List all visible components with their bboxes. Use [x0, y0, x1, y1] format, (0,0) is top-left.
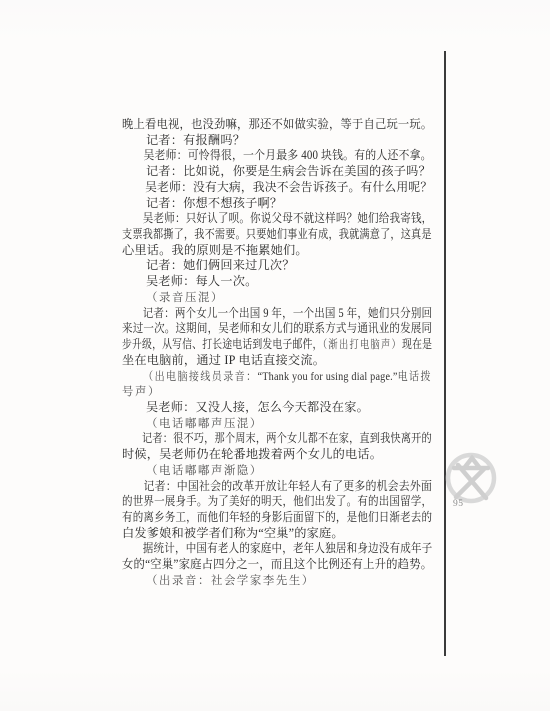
text-column: 晚上看电视，也没劲嘛，那还不如做实验，等于自己玩一玩。记者：有报酬吗？吴老师：可…: [122, 117, 432, 589]
page-margin-rule: [444, 51, 446, 656]
body-text: 记者：她们俩回来过几次？: [146, 258, 295, 272]
body-text: 记者：两个女儿一个出国 9 年，一个出国 5 年，她们只分别回: [143, 306, 433, 320]
text-line: （录音压混）: [122, 290, 432, 306]
body-text: 吴老师：又没人接，怎么今天都没在家。: [146, 400, 369, 414]
body-text: 步升级，从写信、打长途电话到发电子邮件，: [122, 337, 323, 351]
body-text: 据统计，中国有老人的家庭中，老年人独居和身边没有成年子: [143, 541, 433, 555]
body-text: 心里话。我的原则是不拖累她们。: [122, 243, 308, 257]
text-line: 据统计，中国有老人的家庭中，老年人独居和身边没有成年子: [122, 541, 390, 557]
text-line: 吴老师：可怜得很，一个月最多 400 块钱。有的人还不拿。: [122, 148, 399, 164]
body-text: 的世界一展身手。为了美好的明天，他们出发了。有的出国留学，: [122, 494, 432, 508]
body-text: 记者：中国社会的改革开放让年轻人有了更多的机会去外面: [144, 479, 433, 493]
body-text: 记者：你想不想孩子啊？: [146, 196, 282, 210]
body-text: 支票我都撕了，我不需要。只要她们事业有成，我就满意了，这真是: [122, 227, 432, 241]
body-text: 有的离乡务工，而他们年轻的身影后面留下的，是他们日渐老去的: [122, 510, 432, 524]
text-line: 晚上看电视，也没劲嘛，那还不如做实验，等于自己玩一玩。: [122, 117, 410, 133]
text-line: （出电脑接线员录音：“Thank you for using dial page…: [122, 369, 395, 385]
text-line: 坐在电脑前，通过 IP 电话直接交流。: [122, 353, 432, 369]
text-line: 来过一次。这期间，吴老师和女儿们的联系方式与通讯业的发展同: [122, 321, 390, 337]
body-text: 时候，吴老师仍在轮番地拨着两个女儿的电话。: [122, 447, 382, 461]
page-number: 95: [453, 499, 464, 509]
text-line: 记者：她们俩回来过几次？: [122, 258, 432, 274]
text-line: 女的“空巢”家庭占四分之一，而且这个比例还有上升的趋势。: [122, 557, 411, 573]
stage-direction-text: （录音压混）: [146, 292, 224, 304]
text-line: 号声）: [122, 384, 432, 400]
body-text: 吴老师：只好认了呗。你说父母不就这样吗？她们给我寄钱，: [143, 211, 433, 225]
text-line: 记者：两个女儿一个出国 9 年，一个出国 5 年，她们只分别回: [122, 306, 390, 322]
body-text: 记者：有报酬吗？: [146, 133, 245, 147]
text-line: 的世界一展身手。为了美好的明天，他们出发了。有的出国留学，: [122, 494, 390, 510]
text-line: （出录音：社会学家李先生）: [122, 573, 432, 589]
body-text: 吴老师：可怜得很，一个月最多 400 块钱。有的人还不拿。: [143, 148, 431, 162]
text-line: 记者：有报酬吗？: [122, 133, 432, 149]
stage-direction-text: （出电脑接线员录音：: [143, 371, 257, 383]
scanned-page: 晚上看电视，也没劲嘛，那还不如做实验，等于自己玩一玩。记者：有报酬吗？吴老师：可…: [0, 0, 550, 711]
text-line: 吴老师：又没人接，怎么今天都没在家。: [122, 400, 432, 416]
stage-direction-text: 号声）: [122, 386, 161, 398]
wen-character-seal-icon: [445, 452, 497, 504]
body-text: 吴老师：每人一次。: [146, 274, 258, 288]
text-line: 步升级，从写信、打长途电话到发电子邮件，（渐出打电脑声）现在是: [122, 337, 373, 353]
text-line: （电话嘟嘟声压混）: [122, 416, 432, 432]
text-line: 吴老师：每人一次。: [122, 274, 432, 290]
text-line: 支票我都撕了，我不需要。只要她们事业有成，我就满意了，这真是: [122, 227, 380, 243]
stage-direction-text: （电话嘟嘟声渐隐）: [146, 465, 263, 477]
text-line: 白发爹娘和被学者们称为“空巢”的家庭。: [122, 526, 432, 542]
stage-direction-text: （渐出打电脑声）: [323, 339, 403, 351]
body-text: 女的“空巢”家庭占四分之一，而且这个比例还有上升的趋势。: [122, 557, 432, 571]
text-line: 吴老师：只好认了呗。你说父母不就这样吗？她们给我寄钱，: [122, 211, 390, 227]
latin-quote-text: “Thank you for using dial page.”: [258, 370, 398, 383]
stage-direction-text: （出录音：社会学家李先生）: [146, 575, 315, 587]
text-line: 有的离乡务工，而他们年轻的身影后面留下的，是他们日渐老去的: [122, 510, 390, 526]
body-text: 坐在电脑前，通过 IP 电话直接交流。: [122, 353, 325, 367]
body-text: 晚上看电视，也没劲嘛，那还不如做实验，等于自己玩一玩。: [122, 117, 432, 131]
text-line: 记者：比如说，你要是生病会告诉在美国的孩子吗？: [122, 164, 432, 180]
text-line: 时候，吴老师仍在轮番地拨着两个女儿的电话。: [122, 447, 432, 463]
text-line: 心里话。我的原则是不拖累她们。: [122, 243, 432, 259]
body-text: 记者：比如说，你要是生病会告诉在美国的孩子吗？: [146, 164, 431, 178]
body-text: 现在是: [402, 337, 432, 351]
text-line: （电话嘟嘟声渐隐）: [122, 463, 432, 479]
text-line: 记者：你想不想孩子啊？: [122, 196, 432, 212]
body-text: 记者：很不巧，那个周末，两个女儿都不在家，直到我快离开的: [142, 431, 432, 445]
text-line: 记者：中国社会的改革开放让年轻人有了更多的机会去外面: [122, 479, 400, 495]
body-text: 来过一次。这期间，吴老师和女儿们的联系方式与通讯业的发展同: [122, 321, 432, 335]
text-line: 吴老师：没有大病，我决不会告诉孩子。有什么用呢？: [122, 180, 421, 196]
body-text: 吴老师：没有大病，我决不会告诉孩子。有什么用呢？: [145, 180, 432, 194]
stage-direction-text: （电话嘟嘟声压混）: [146, 418, 263, 430]
body-text: 白发爹娘和被学者们称为“空巢”的家庭。: [122, 526, 344, 540]
stage-direction-text: 电话拨: [398, 371, 432, 383]
text-line: 记者：很不巧，那个周末，两个女儿都不在家，直到我快离开的: [122, 431, 381, 447]
